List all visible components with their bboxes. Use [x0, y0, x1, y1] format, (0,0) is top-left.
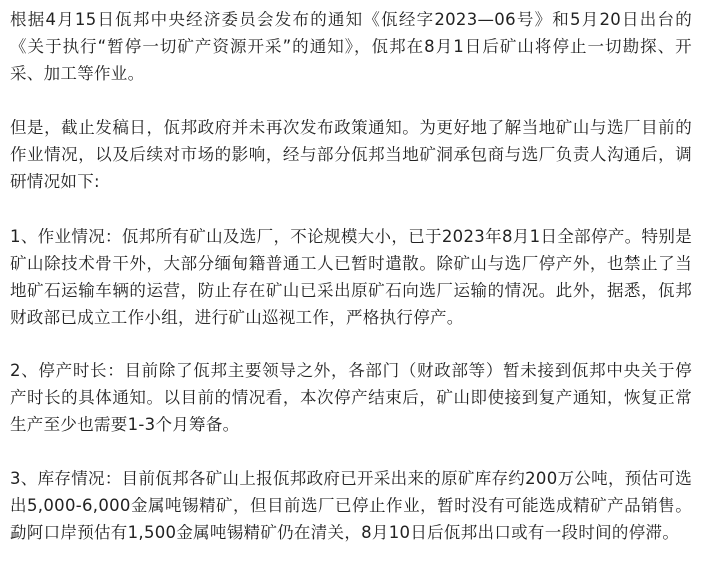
paragraph-item-3-inventory: 3、库存情况：目前佤邦各矿山上报佤邦政府已开采出来的原矿库存约200万公吨，预估… — [10, 465, 692, 546]
paragraph-item-2-duration: 2、停产时长：目前除了佤邦主要领导之外，各部门（财政部等）暂未接到佤邦中央关于停… — [10, 357, 692, 438]
article-body: 根据4月15日佤邦中央经济委员会发布的通知《佤经字2023—06号》和5月20日… — [0, 0, 703, 576]
paragraph-intro: 根据4月15日佤邦中央经济委员会发布的通知《佤经字2023—06号》和5月20日… — [10, 6, 692, 87]
paragraph-background: 但是，截止发稿日，佤邦政府并未再次发布政策通知。为更好地了解当地矿山与选厂目前的… — [10, 114, 692, 195]
paragraph-item-1-operations: 1、作业情况：佤邦所有矿山及选厂，不论规模大小，已于2023年8月1日全部停产。… — [10, 223, 692, 331]
